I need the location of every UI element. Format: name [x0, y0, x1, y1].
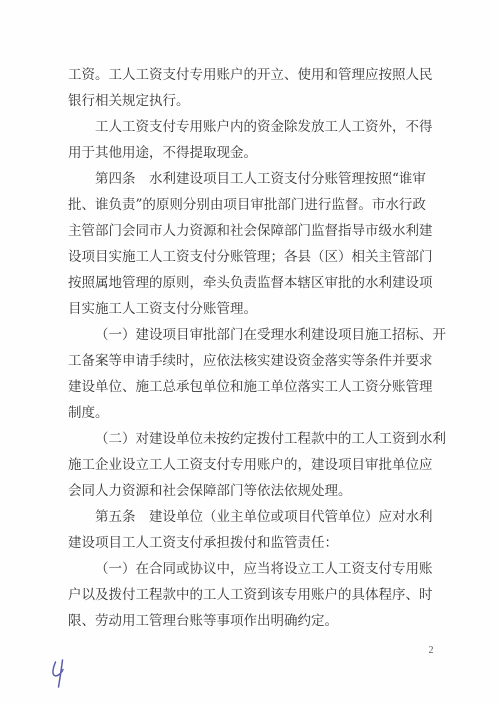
text-line: 银行相关规定执行。: [68, 88, 436, 114]
text-line-item-1b: （一）在合同或协议中，应当将设立工人工资支付专用账: [68, 556, 436, 582]
handwritten-mark-4-icon: [48, 658, 70, 690]
text-line: 目实施工人工资支付分账管理。: [68, 296, 436, 322]
text-line: 按照属地管理的原则，牵头负责监督本辖区审批的水利建设项: [68, 270, 436, 296]
page-number: 2: [424, 645, 438, 656]
text-line: 工资。工人工资支付专用账户的开立、使用和管理应按照人民: [68, 62, 436, 88]
document-page: 工资。工人工资支付专用账户的开立、使用和管理应按照人民 银行相关规定执行。 工人…: [0, 0, 500, 703]
text-line: 批、谁负责”的原则分别由项目审批部门进行监督。市水行政: [68, 192, 436, 218]
text-line: 主管部门会同市人力资源和社会保障部门监督指导市级水利建: [68, 218, 436, 244]
text-line: 工人工资支付专用账户内的资金除发放工人工资外，不得: [68, 114, 436, 140]
text-line: 限、劳动用工管理台账等事项作出明确约定。: [68, 608, 436, 634]
text-line: 建设单位、施工总承包单位和施工单位落实工人工资分账管理: [68, 374, 436, 400]
text-line-article-4-heading: 第四条 水利建设项目工人工资支付分账管理按照“谁审: [68, 166, 436, 192]
text-line-item-2: （二）对建设单位未按约定拨付工程款中的工人工资到水利: [68, 426, 436, 452]
text-line: 户以及拨付工程款中的工人工资到该专用账户的具体程序、时: [68, 582, 436, 608]
text-line: 建设项目工人工资支付承担拨付和监管责任：: [68, 530, 436, 556]
text-line: 施工企业设立工人工资支付专用账户的，建设项目审批单位应: [68, 452, 436, 478]
text-line-article-5-heading: 第五条 建设单位（业主单位或项目代管单位）应对水利: [68, 504, 436, 530]
text-line: 用于其他用途，不得提取现金。: [68, 140, 436, 166]
document-text-block: 工资。工人工资支付专用账户的开立、使用和管理应按照人民 银行相关规定执行。 工人…: [68, 62, 436, 634]
text-line-item-1: （一）建设项目审批部门在受理水利建设项目施工招标、开: [68, 322, 436, 348]
text-line: 制度。: [68, 400, 436, 426]
text-line: 工备案等申请手续时，应依法核实建设资金落实等条件并要求: [68, 348, 436, 374]
text-line: 会同人力资源和社会保障部门等依法依规处理。: [68, 478, 436, 504]
text-line: 设项目实施工人工资支付分账管理；各县（区）相关主管部门: [68, 244, 436, 270]
